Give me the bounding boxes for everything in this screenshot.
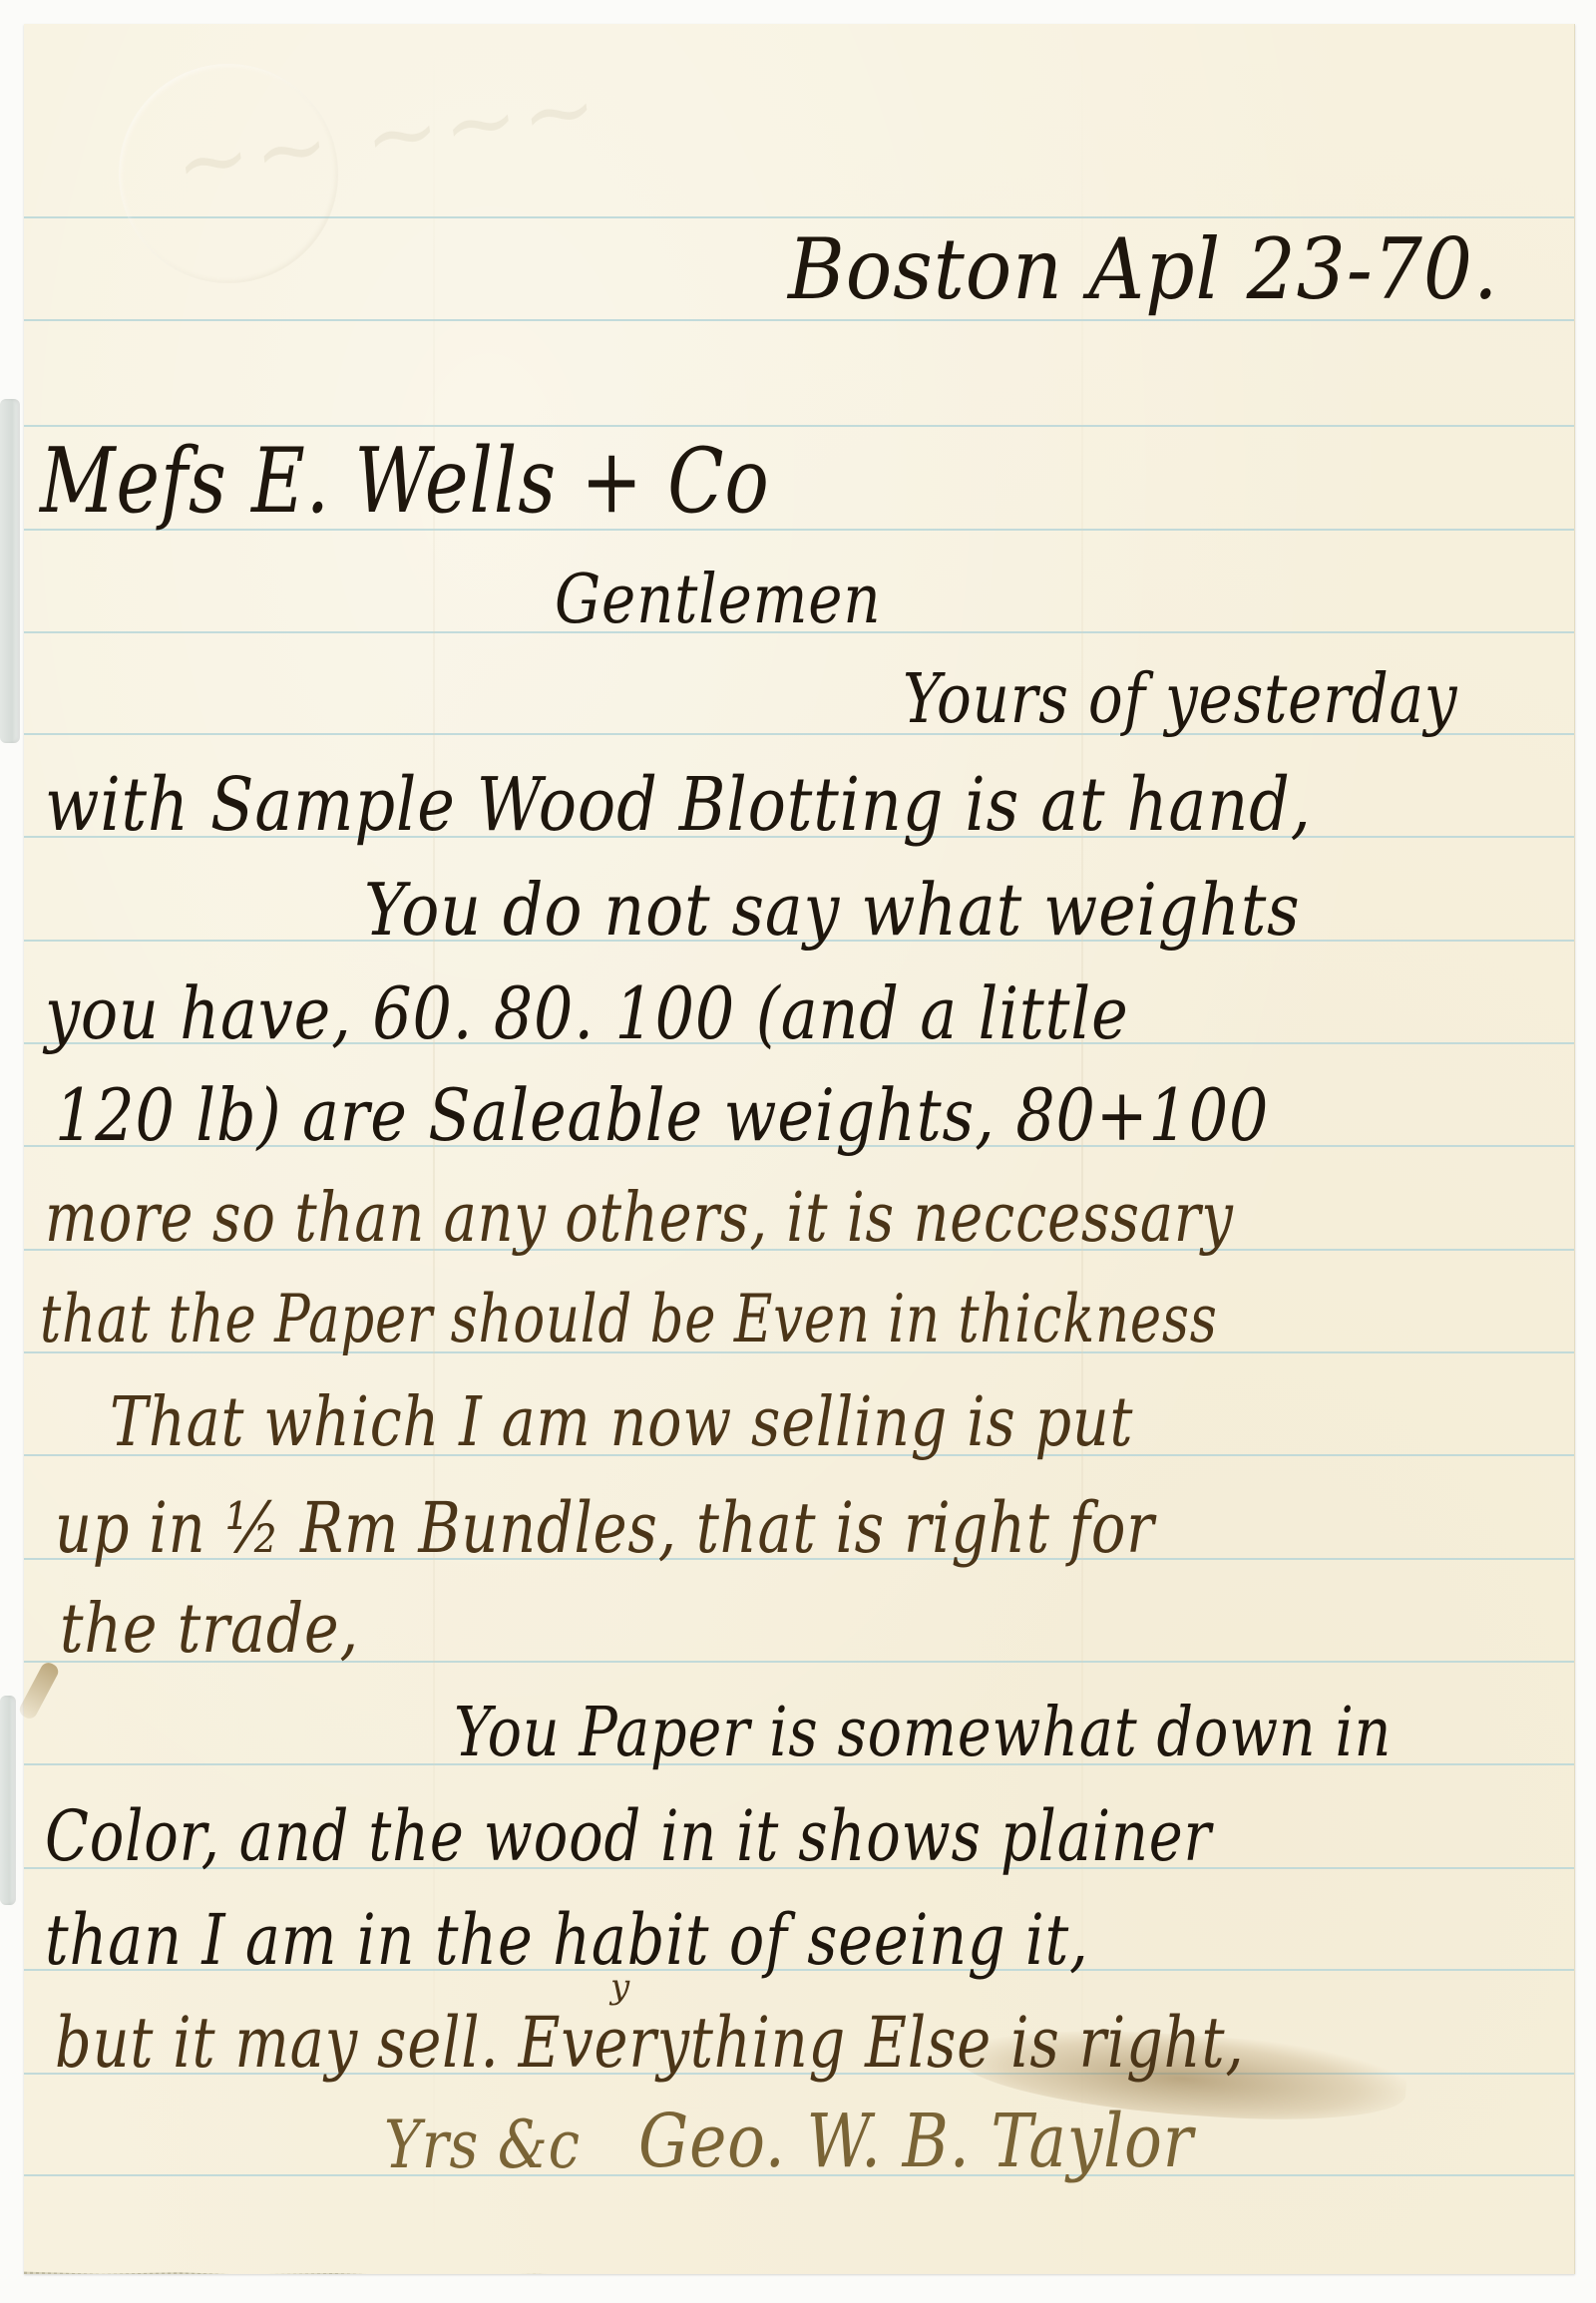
dateline: Boston Apl 23-70. bbox=[788, 227, 1498, 311]
body-line: more so than any others, it is neccessar… bbox=[45, 1185, 1234, 1253]
body-line: That which I am now selling is put bbox=[110, 1389, 1133, 1457]
body-line: You Paper is somewhat down in bbox=[454, 1700, 1392, 1767]
mounting-tab-top bbox=[0, 399, 20, 743]
body-line: the trade, bbox=[60, 1596, 359, 1664]
body-line: Yours of yesterday bbox=[903, 666, 1457, 734]
body-line: with Sample Wood Blotting is at hand, bbox=[45, 768, 1312, 842]
body-line: up in ½ Rm Bundles, that is right for bbox=[55, 1493, 1154, 1563]
interlinear-insertion: y bbox=[610, 1970, 630, 2004]
addressee: Mefs E. Wells + Co bbox=[40, 437, 770, 527]
salutation: Gentlemen bbox=[555, 567, 881, 634]
ruled-line bbox=[24, 319, 1574, 321]
body-line: Color, and the wood in it shows plainer bbox=[45, 1801, 1212, 1871]
torn-bottom-edge bbox=[24, 2266, 1574, 2274]
body-line: 120 lb) are Saleable weights, 80+100 bbox=[55, 1079, 1269, 1151]
body-line: you have, 60. 80. 100 (and a little bbox=[45, 977, 1129, 1049]
body-line: than I am in the habit of seeing it, bbox=[45, 1905, 1089, 1975]
body-line: that the Paper should be Even in thickne… bbox=[40, 1287, 1218, 1352]
body-line: You do not say what weights bbox=[364, 874, 1301, 946]
body-line: but it may sell. Everything Else is righ… bbox=[55, 2008, 1244, 2078]
mounting-tab-bottom bbox=[0, 1696, 16, 1905]
closing: Yrs &c bbox=[384, 2112, 581, 2178]
ruled-line bbox=[24, 425, 1574, 427]
signature: Geo. W. B. Taylor bbox=[638, 2105, 1194, 2178]
